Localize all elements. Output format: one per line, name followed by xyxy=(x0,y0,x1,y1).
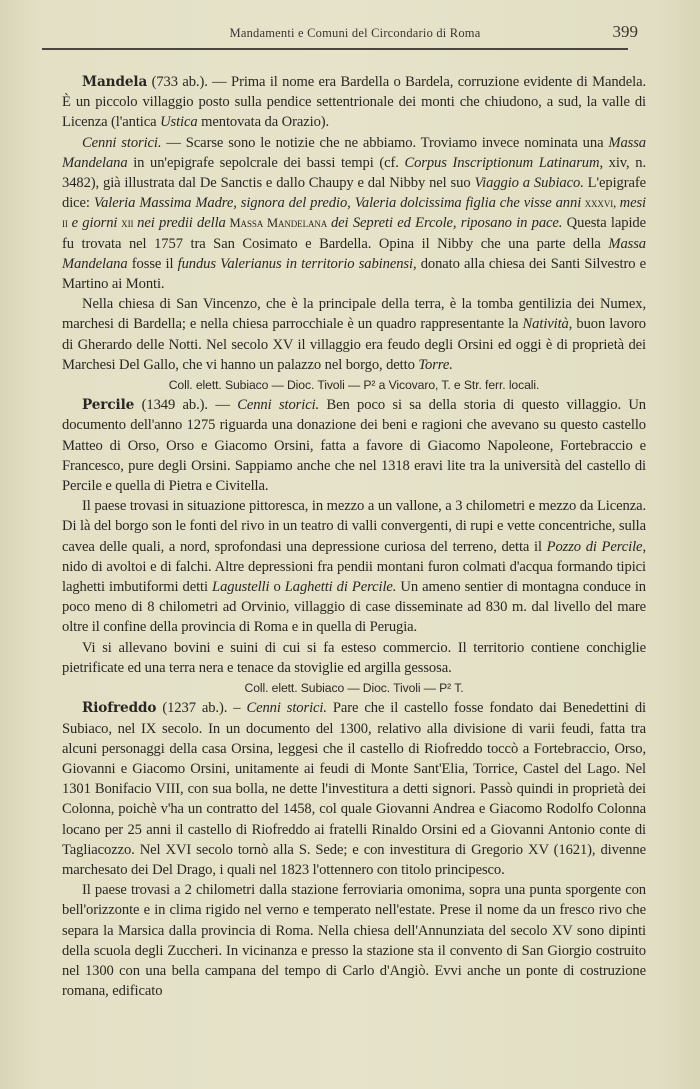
body-text: Il paese trovasi a 2 chilometri dalla st… xyxy=(62,882,646,999)
italic-text: Corpus Inscriptionum Latinarum xyxy=(404,155,599,171)
italic-text: Valeria Massima Madre, signora del predi… xyxy=(94,195,581,211)
entry-riofreddo: Riofreddo (1237 ab.). – Cenni storici. P… xyxy=(62,698,646,1001)
body-text: – xyxy=(227,700,246,716)
entry-population: (1237 ab.). xyxy=(156,700,227,716)
body-text: Pare che il castello fosse fondato dai B… xyxy=(62,700,646,878)
body-text: in un'epigrafe sepolcrale dei bassi temp… xyxy=(128,155,405,171)
entry-name: Riofreddo xyxy=(82,700,156,716)
italic-text: fundus Valerianus in territorio sabinens… xyxy=(178,256,413,272)
entry-lead-paragraph: Percile (1349 ab.). — Cenni storici. Ben… xyxy=(62,395,646,496)
small-caps-text: xxxvi, xyxy=(581,196,619,210)
entry-population: (1349 ab.). xyxy=(134,397,208,413)
page-body: Mandela (733 ab.). — Prima il nome era B… xyxy=(62,72,646,1001)
small-caps-text: xii xyxy=(117,216,137,230)
italic-text: Natività xyxy=(523,316,569,332)
entry-footer-note: Coll. elett. Subiaco — Dioc. Tivoli — P²… xyxy=(62,375,646,395)
entry-population: (733 ab.). xyxy=(147,74,208,90)
italic-text: e giorni xyxy=(72,215,118,231)
entry-paragraph: Cenni storici. — Scarse sono le notizie … xyxy=(62,133,646,295)
italic-text: Lagustelli xyxy=(212,579,269,595)
body-text: fosse il xyxy=(128,256,178,272)
entry-name: Percile xyxy=(82,397,134,413)
small-caps-text: ii xyxy=(62,216,72,230)
page-header: Mandamenti e Comuni del Circondario di R… xyxy=(42,20,668,50)
entry-percile: Percile (1349 ab.). — Cenni storici. Ben… xyxy=(62,395,646,698)
entry-mandela: Mandela (733 ab.). — Prima il nome era B… xyxy=(62,72,646,395)
entry-paragraph: Nella chiesa di San Vincenzo, che è la p… xyxy=(62,294,646,375)
italic-text: Ustica xyxy=(160,114,198,130)
running-title: Mandamenti e Comuni del Circondario di R… xyxy=(42,26,668,41)
entry-paragraph: Il paese trovasi in situazione pittoresc… xyxy=(62,496,646,637)
body-text: o xyxy=(269,579,284,595)
entry-name: Mandela xyxy=(82,74,147,90)
entry-lead-paragraph: Riofreddo (1237 ab.). – Cenni storici. P… xyxy=(62,698,646,880)
italic-text: Laghetti di Percile. xyxy=(285,579,397,595)
body-text: — Scarse sono le notizie che ne abbiamo.… xyxy=(161,135,608,151)
body-text: — xyxy=(208,397,237,413)
body-text: mentovata da Orazio). xyxy=(198,114,330,130)
entry-lead-paragraph: Mandela (733 ab.). — Prima il nome era B… xyxy=(62,72,646,133)
italic-text: mesi xyxy=(620,195,646,211)
entry-footer-note: Coll. elett. Subiaco — Dioc. Tivoli — P²… xyxy=(62,678,646,698)
header-rule xyxy=(42,48,628,50)
italic-text: Cenni storici. xyxy=(237,397,319,413)
body-text: Vi si allevano bovini e suini di cui si … xyxy=(62,640,646,676)
page-number: 399 xyxy=(613,22,639,42)
entry-paragraph: Il paese trovasi a 2 chilometri dalla st… xyxy=(62,880,646,1001)
italic-text: Cenni storici. xyxy=(82,135,161,151)
italic-text: Pozzo di Percile xyxy=(547,539,643,555)
small-caps-text: Massa Mandelana xyxy=(226,216,331,230)
italic-text: Viaggio a Subiaco. xyxy=(474,175,583,191)
italic-text: Cenni storici. xyxy=(246,700,326,716)
italic-text: nei predii della xyxy=(137,215,226,231)
entry-paragraph: Vi si allevano bovini e suini di cui si … xyxy=(62,638,646,678)
italic-text: dei Sepreti ed Ercole, riposano in pace. xyxy=(331,215,562,231)
italic-text: Torre. xyxy=(418,357,452,373)
